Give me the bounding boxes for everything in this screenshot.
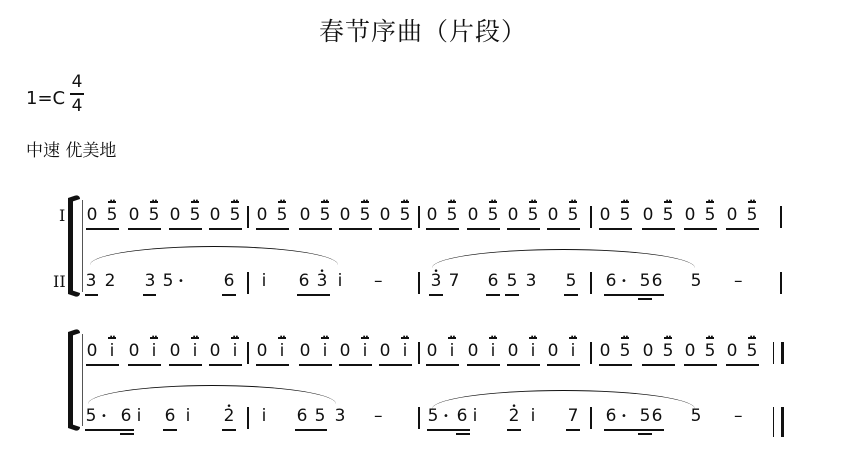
note: 6 [295, 405, 309, 427]
note: i [333, 270, 347, 292]
note: 0 [683, 340, 697, 362]
tremolo-mark [489, 337, 497, 339]
barline [247, 342, 249, 364]
barline [418, 272, 420, 294]
tremolo-mark [401, 337, 409, 339]
note: 5 [703, 340, 717, 362]
tremolo-mark [748, 337, 756, 339]
note: 5 [445, 204, 459, 226]
note: i [132, 405, 146, 427]
tremolo-mark [191, 201, 199, 203]
note: 5 [486, 204, 500, 226]
underline-beam [426, 364, 459, 366]
underline-beam [547, 228, 580, 230]
note: i [105, 340, 119, 362]
underline-beam [85, 429, 134, 431]
tremolo-mark [748, 201, 756, 203]
note: 0 [425, 340, 439, 362]
underline-beam [599, 228, 632, 230]
underline-beam [566, 429, 580, 431]
note: 5 [358, 204, 372, 226]
tremolo-mark [231, 337, 239, 339]
note: 0 [298, 204, 312, 226]
underline-beam [726, 228, 759, 230]
note: 7 [447, 270, 461, 292]
underline-beam [456, 433, 470, 435]
tremolo-mark [569, 201, 577, 203]
underline-beam [222, 294, 236, 296]
underline-beam [339, 228, 372, 230]
underline-beam [120, 433, 134, 435]
note: 5 [318, 204, 332, 226]
augmentation-dot: • [621, 271, 627, 293]
note: 6 [604, 270, 618, 292]
note: 5 [275, 204, 289, 226]
tremolo-mark [401, 201, 409, 203]
underline-beam [256, 228, 289, 230]
tremolo-mark [621, 337, 629, 339]
barline [247, 272, 249, 294]
note: 5 [566, 204, 580, 226]
note: 0 [168, 204, 182, 226]
underline-beam [256, 364, 289, 366]
tremolo-mark [108, 201, 116, 203]
underline-beam [143, 294, 156, 296]
note: 5 [661, 340, 675, 362]
underline-beam [604, 294, 664, 296]
dash-sustain: – [734, 270, 743, 292]
underline-beam [85, 294, 98, 296]
tremolo-mark [664, 337, 672, 339]
note: 0 [338, 204, 352, 226]
note: 0 [466, 340, 480, 362]
note: 5 [661, 204, 675, 226]
note: 5 [161, 270, 175, 292]
underline-beam [507, 364, 540, 366]
note: i [358, 340, 372, 362]
barline [590, 272, 592, 294]
tremolo-mark [706, 337, 714, 339]
tremolo-mark [108, 337, 116, 339]
tremolo-mark [529, 337, 537, 339]
note: 0 [598, 204, 612, 226]
augmentation-dot: • [101, 406, 107, 428]
note: 0 [378, 340, 392, 362]
note: 0 [127, 340, 141, 362]
key-signature: 1=C [26, 88, 65, 109]
barline [590, 342, 592, 364]
underline-beam [507, 429, 521, 431]
underline-beam [467, 228, 500, 230]
barline [418, 206, 420, 228]
note: 0 [546, 340, 560, 362]
underline-beam [642, 364, 675, 366]
underline-beam [486, 294, 500, 296]
underline-beam [507, 228, 540, 230]
note: 5 [745, 204, 759, 226]
underline-beam [599, 364, 632, 366]
final-barline [773, 342, 784, 364]
tremolo-mark [706, 201, 714, 203]
time-signature: 4 4 [70, 72, 84, 116]
note: i [257, 405, 271, 427]
barline [418, 342, 420, 364]
note: 3 [524, 270, 538, 292]
underline-beam [169, 228, 202, 230]
underline-beam [726, 364, 759, 366]
note: 0 [466, 204, 480, 226]
note: 6 [163, 405, 177, 427]
note: 5 [188, 204, 202, 226]
note: 2 [103, 270, 117, 292]
note: 5 [505, 270, 519, 292]
note: 5 [689, 270, 703, 292]
part-label-upper: I [59, 206, 65, 225]
note: 6 [486, 270, 500, 292]
note: 0 [255, 204, 269, 226]
tremolo-mark [529, 201, 537, 203]
underline-beam [299, 364, 332, 366]
barline [780, 206, 782, 228]
tremolo-mark [569, 337, 577, 339]
note: 3 [143, 270, 157, 292]
note: 3 [429, 270, 443, 292]
underline-beam [505, 294, 519, 296]
tremolo-mark [361, 337, 369, 339]
slur [432, 390, 695, 409]
underline-beam [426, 228, 459, 230]
note: 5 [745, 340, 759, 362]
dash-sustain: – [374, 405, 383, 427]
tremolo-mark [489, 201, 497, 203]
underline-beam [638, 433, 652, 435]
underline-beam [222, 429, 236, 431]
underline-beam [684, 364, 717, 366]
tremolo-mark [191, 337, 199, 339]
note: 0 [208, 340, 222, 362]
note: i [398, 340, 412, 362]
system-bracket [68, 198, 83, 294]
underline-beam [339, 364, 372, 366]
underline-beam [564, 294, 578, 296]
underline-beam [547, 364, 580, 366]
underline-beam [128, 228, 161, 230]
note: 0 [725, 204, 739, 226]
tremolo-mark [321, 337, 329, 339]
note: 0 [725, 340, 739, 362]
underline-beam [427, 429, 470, 431]
note: 5 [228, 204, 242, 226]
note: 0 [641, 340, 655, 362]
note: 0 [338, 340, 352, 362]
note: 6 [222, 270, 236, 292]
underline-beam [379, 364, 412, 366]
note: i [318, 340, 332, 362]
barline [590, 206, 592, 228]
note: i [188, 340, 202, 362]
barline [247, 206, 249, 228]
underline-beam [209, 228, 242, 230]
system-bracket-line [82, 200, 83, 292]
note: 0 [127, 204, 141, 226]
note: 5 [147, 204, 161, 226]
underline-beam [163, 429, 177, 431]
underline-beam [299, 228, 332, 230]
final-barline [773, 407, 784, 437]
tremolo-mark [361, 201, 369, 203]
note: 0 [506, 340, 520, 362]
note: i [566, 340, 580, 362]
note: 0 [85, 340, 99, 362]
tremolo-mark [231, 201, 239, 203]
note: 0 [598, 340, 612, 362]
underline-beam [209, 364, 242, 366]
time-signature-line [70, 93, 84, 95]
underline-beam [642, 228, 675, 230]
tremolo-mark [150, 201, 158, 203]
barline [590, 407, 592, 429]
note: 5 [703, 204, 717, 226]
note: 5 [105, 204, 119, 226]
underline-beam [467, 364, 500, 366]
note: 0 [378, 204, 392, 226]
note: i [147, 340, 161, 362]
note: 6 [119, 405, 133, 427]
tremolo-mark [448, 201, 456, 203]
note: i [181, 405, 195, 427]
note: 0 [641, 204, 655, 226]
underline-beam [604, 429, 664, 431]
note: 0 [208, 204, 222, 226]
tremolo-mark [621, 201, 629, 203]
note: 3 [333, 405, 347, 427]
note: 0 [425, 204, 439, 226]
underline-beam [86, 228, 119, 230]
note: i [526, 340, 540, 362]
underline-beam [295, 429, 327, 431]
underline-beam [684, 228, 717, 230]
time-denominator: 4 [70, 96, 84, 116]
note: 5 [618, 204, 632, 226]
note: 5 [564, 270, 578, 292]
page-title: 春节序曲（片段） [0, 12, 846, 48]
underline-beam [379, 228, 412, 230]
note: i [275, 340, 289, 362]
note: i [486, 340, 500, 362]
system-bracket [68, 332, 83, 428]
dash-sustain: – [734, 405, 743, 427]
note: 5 [398, 204, 412, 226]
augmentation-dot: • [621, 406, 627, 428]
note: 0 [546, 204, 560, 226]
underline-beam [638, 298, 652, 300]
dash-sustain: – [374, 270, 383, 292]
underline-beam [297, 294, 330, 296]
note: 0 [298, 340, 312, 362]
underline-beam [128, 364, 161, 366]
tremolo-mark [150, 337, 158, 339]
note: 3 [315, 270, 329, 292]
underline-beam [86, 364, 119, 366]
note: 5 [84, 405, 98, 427]
note: 5 [618, 340, 632, 362]
slur [432, 249, 695, 268]
tremolo-mark [448, 337, 456, 339]
note: i [228, 340, 242, 362]
note: 6 [297, 270, 311, 292]
system-bracket-line [82, 334, 83, 426]
note: 3 [84, 270, 98, 292]
tremolo-mark [278, 201, 286, 203]
underline-beam [429, 294, 443, 296]
part-label-lower: II [53, 272, 66, 291]
slur [88, 385, 336, 404]
note: 0 [168, 340, 182, 362]
note: i [445, 340, 459, 362]
augmentation-dot: • [443, 406, 449, 428]
tremolo-mark [664, 201, 672, 203]
time-numerator: 4 [70, 72, 84, 92]
note: 2 [222, 405, 236, 427]
augmentation-dot: • [178, 271, 184, 293]
barline [780, 272, 782, 294]
tempo-marking: 中速 优美地 [26, 136, 116, 161]
note: 0 [255, 340, 269, 362]
slur [90, 246, 338, 265]
note: 6 [650, 270, 664, 292]
note: 0 [683, 204, 697, 226]
note: 5 [526, 204, 540, 226]
note: 0 [85, 204, 99, 226]
note: i [257, 270, 271, 292]
barline [247, 407, 249, 429]
tremolo-mark [321, 201, 329, 203]
underline-beam [169, 364, 202, 366]
tremolo-mark [278, 337, 286, 339]
note: 0 [506, 204, 520, 226]
note: 5 [313, 405, 327, 427]
barline [418, 407, 420, 429]
